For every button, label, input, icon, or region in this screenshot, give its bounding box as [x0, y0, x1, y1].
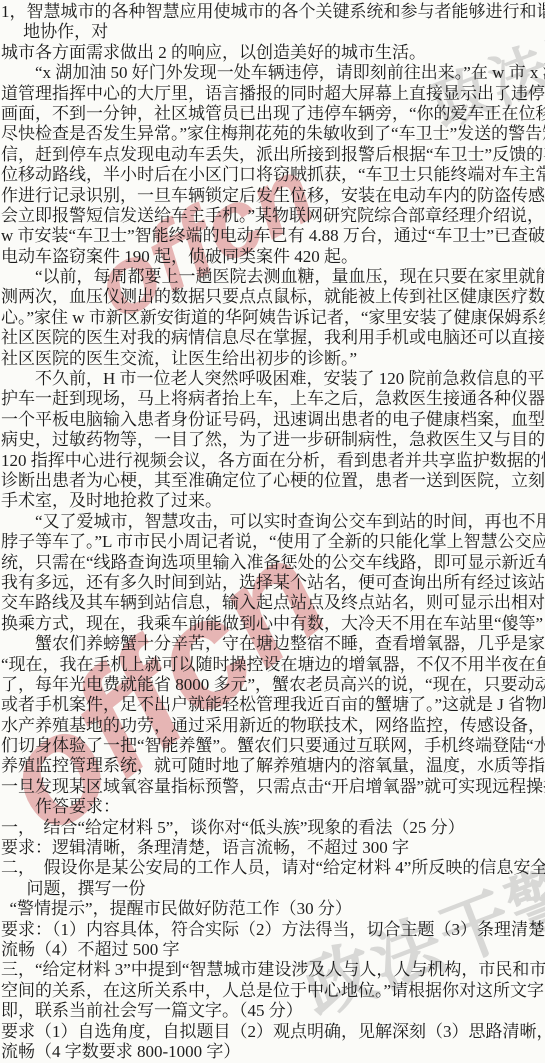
text-line: 问题，撰写一份	[1, 879, 545, 899]
text-line: 护车一赶到现场，马上将病者抬上车，上车之后，急救医生接通各种仪器后，在	[1, 389, 545, 409]
text-line: 统，只需在“线路查询选项里输入准备惩处的公交车线路，即可显示新近车辆离	[1, 553, 545, 573]
text-line: 流畅（4 字数要求 800-1000 字）	[1, 1042, 545, 1062]
text-line: 画面，不到一分钟，社区城管员已出现了违停车辆旁，“你的爱车正在位移，请	[1, 104, 545, 124]
text-line: 不久前，H 市一位老人突然呼吸困难，安装了 120 院前急救信息的平台的救	[1, 369, 545, 389]
text-line: 二， 假设你是某公安局的工作人员，请对“给定材料 4”所反映的信息安全	[1, 858, 545, 878]
text-line: 脖子等车了。”L 市市民小周记者说，“使用了全新的只能化掌上智慧公交应用系	[1, 532, 545, 552]
text-line: 蟹农们养螃蟹十分辛苦，守在塘边整宿不睡，查看增氧器，几乎是家常便饭。	[1, 634, 545, 654]
text-line: 手术室，及时地抢救了过来。	[1, 491, 545, 511]
text-line: 水产养殖基地的功劳，通过采用新近的物联技术，网络监控，传感设备，让蟹农	[1, 716, 545, 736]
text-line: 了，每年光电费就能省 8000 多元”，蟹农老员高兴的说，“现在，只要动动鼠标	[1, 675, 545, 695]
text-line: 诊断出患者为心梗，其至准确定位了心梗的位置，患者一送到医院，立刻推进了	[1, 471, 545, 491]
text-line: 病史，过敏药物等，一目了然，为了进一步研制病性，急救医生又与目的地医院	[1, 430, 545, 450]
text-line: 一， 结合“给定材料 5”，谈你对“低头族”现象的看法（25 分）	[1, 818, 545, 838]
text-line: 要求：（1）内容具体，符合实际（2）方法得当，切合主题（3）条理清楚，语言	[1, 920, 545, 940]
text-line: 道管理指挥中心的大厅里，语言播报的同时超大屏幕上直接显示出了违停车辆的	[1, 84, 545, 104]
text-line: 社区医院的医生交流，让医生给出初步的诊断。”	[1, 349, 545, 369]
text-line: 120 指挥中心进行视频会议，各方面在分析，看到患者并共享监护数据的情况下	[1, 451, 545, 471]
text-line: 我有多远，还有多久时间到站，选择某个站名，便可查询出所有经过该站点的公	[1, 573, 545, 593]
text-line: “又了爱城市，智慧攻击，可以实时查询公交车到站的时间，再也不用伸长	[1, 512, 545, 532]
text-line: 地协作，对	[1, 22, 545, 42]
text-line: 城市各方面需求做出 2 的响应，以创造美好的城市生活。	[1, 43, 545, 63]
text-line: 养殖监控管理系统，就可随时地了解养殖塘内的溶氧量，温度，水质等指标参数。	[1, 756, 545, 776]
text-line: 一旦发现某区域氧容量指标预警，只需点击“开启增氧器”就可实现远程操控了。”	[1, 777, 545, 797]
text-line: 尽快检查是否发生异常。”家住梅荆花苑的朱敏收到了“车卫士”发送的警告短	[1, 124, 545, 144]
scanned-exam-page: offcn offcn 政法干警 政法干警 1，智慧城市的各种智慧应用使城市的各…	[0, 0, 545, 1063]
text-line: 要求（1）自选角度，自拟题目（2）观点明确，见解深刻（3）思路清晰，语言	[1, 1022, 545, 1042]
text-line: 心。”家住 w 市新区新安街道的华阿姨告诉记者，“家里安装了健康保姆系统后，	[1, 308, 545, 328]
text-line: 三，“给定材料 3”中提到“智慧城市建设涉及人与人，人与机构，市民和市政	[1, 960, 545, 980]
text-line: 换乘方式，现在，我乘车前能做到心中有数，大冷天不用在车站里“傻等”了”	[1, 614, 545, 634]
text-line: 会立即报警短信发送给车主手机。”某物联网研究院综合部章经理介绍说，目前	[1, 206, 545, 226]
text-line: 或者手机案件，足不出户就能轻松管理我近百亩的蟹塘了。”这就是 J 省物联网	[1, 695, 545, 715]
text-line: 信，赶到停车点发现电动车丢失，派出所接到报警后根据“车卫士”反馈的车辆	[1, 145, 545, 165]
text-line: 交车路线及其车辆到站信息，输入起点站点及终点站名，则可显示出相对应车辆	[1, 593, 545, 613]
text-line: 电动车盗窃案件 190 起，侦破同类案件 420 起。	[1, 247, 545, 267]
text-line: 作进行记录识别，一旦车辆锁定后发生位移，安装在电动车内的防盗传感终端就	[1, 186, 545, 206]
text-line: “以前，每周都要上一趟医院去测血糖，量血压，现在只要在家里就能一天	[1, 267, 545, 287]
document-text-body: 1，智慧城市的各种智慧应用使城市的各个关键系统和参与者能够进行和谐高校地协作，对…	[0, 0, 545, 1062]
text-line: “现在，我在手机上就可以随时操控设在塘边的增氧器，不仅不用半夜在鱼塘跑	[1, 655, 545, 675]
text-line: “警情提示”，提醒市民做好防范工作（30 分）	[1, 899, 545, 919]
text-line: w 市安装“车卫士”智能终端的电动车已有 4.88 万台，通过“车卫士”已查破	[1, 226, 545, 246]
text-line: 空间的关系，在这所关系中，人总是位于中心地位。”请根据你对这所文字的立	[1, 981, 545, 1001]
text-line: 流畅（4）不超过 500 字	[1, 940, 545, 960]
text-line: 作答要求：	[1, 797, 545, 817]
text-line: 测两次，血压仪测出的数据只要点点鼠标，就能被上传到社区健康医疗数据中	[1, 287, 545, 307]
text-line: 1，智慧城市的各种智慧应用使城市的各个关键系统和参与者能够进行和谐高校	[1, 2, 545, 22]
text-line: 社区医院的医生对我的病情信息尽在掌握，我利用手机或电脑还可以直接在线跟	[1, 328, 545, 348]
text-line: 即，联系当前社会写一篇文字。（45 分）	[1, 1001, 545, 1021]
text-line: 位移动路线，半小时后在小区门口将窃贼抓获，“车卫士只能终端对车主常用动	[1, 165, 545, 185]
text-line: 一个平板电脑输入患者身份证号码，迅速调出患者的电子健康档案，血型，既往	[1, 410, 545, 430]
text-line: 要求：逻辑清晰，条理清楚，语言流畅，不超过 300 字	[1, 838, 545, 858]
text-line: “x 湖加油 50 好门外发现一处车辆违停，请即刻前往出来。”在 w 市 x 湖…	[1, 63, 545, 83]
text-line: 们切身体验了一把“智能养蟹”。蟹农们只要通过互联网，手机终端登陆“水产	[1, 736, 545, 756]
